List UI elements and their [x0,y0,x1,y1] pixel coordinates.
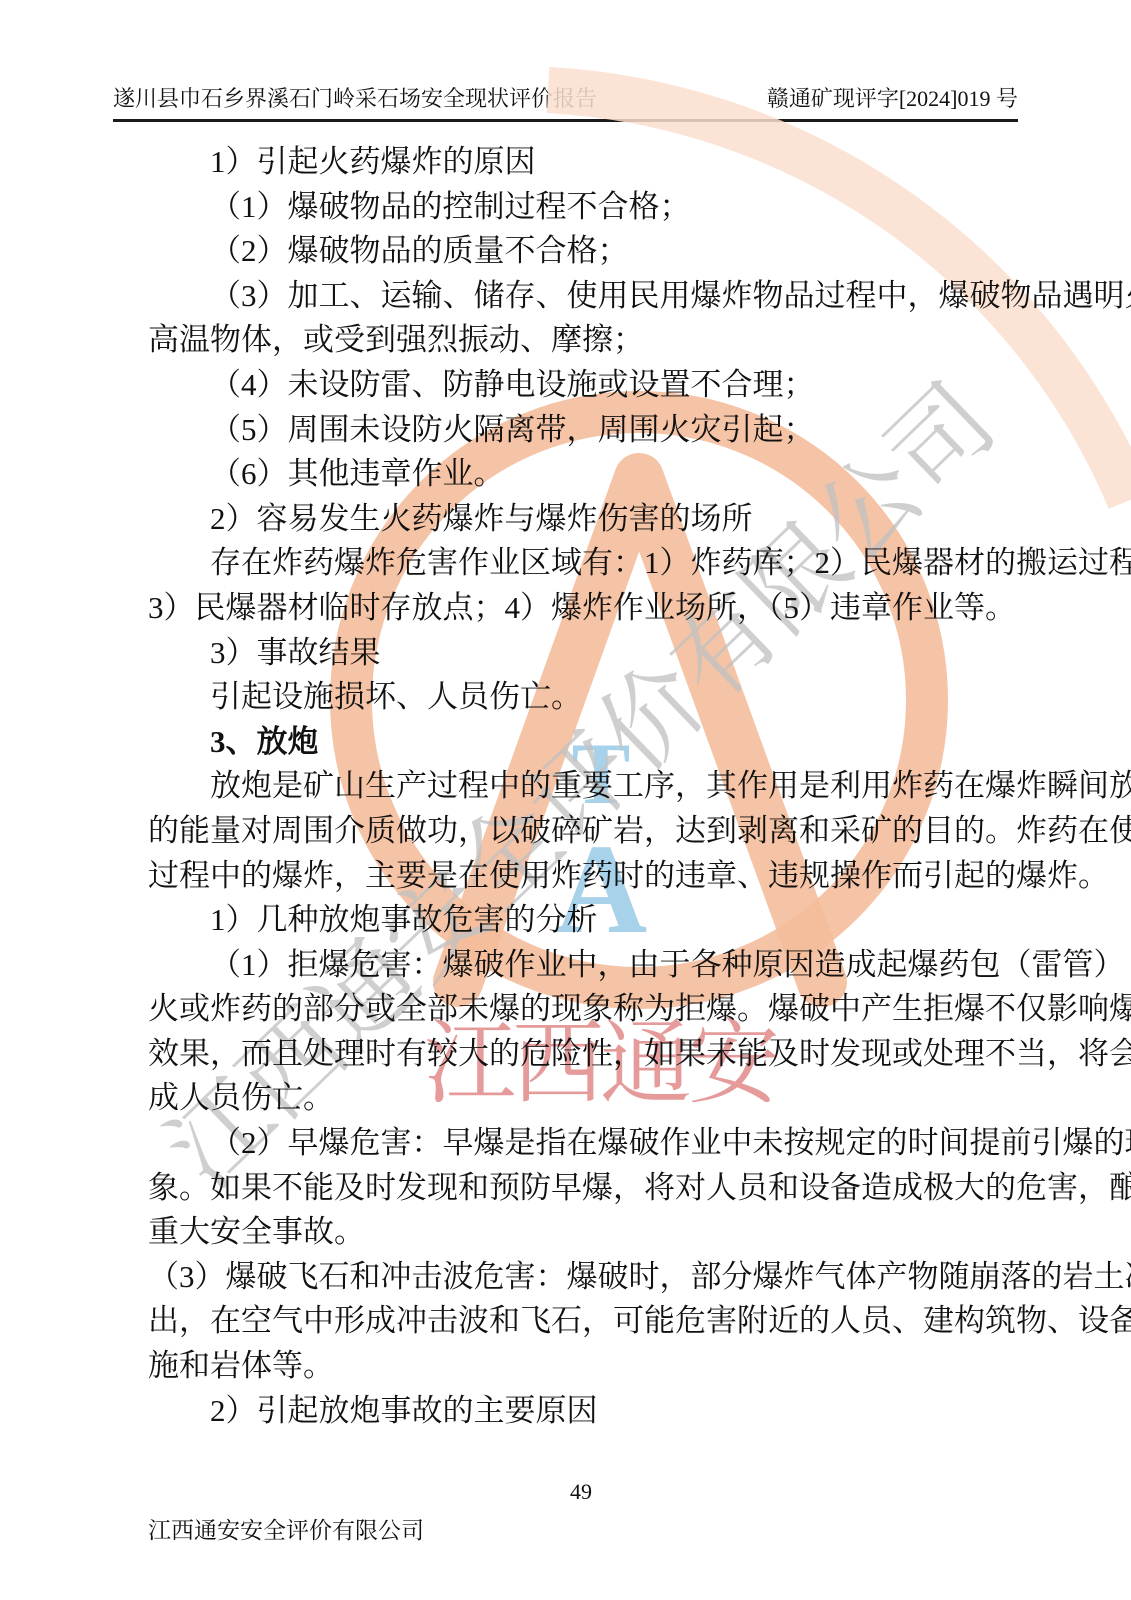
body-line: 过程中的爆炸，主要是在使用炸药时的违章、违规操作而引起的爆炸。 [148,854,1016,899]
page-number: 49 [148,1479,1014,1505]
body-line: 火或炸药的部分或全部未爆的现象称为拒爆。爆破中产生拒爆不仅影响爆破 [148,987,1016,1032]
body-line: （3）加工、运输、储存、使用民用爆炸物品过程中，爆破物品遇明火、 [148,274,1016,319]
body-line: 重大安全事故。 [148,1210,1016,1255]
body-line: （3）爆破飞石和冲击波危害：爆破时，部分爆炸气体产物随崩落的岩土冲 [148,1255,1016,1300]
body-line: 2）容易发生火药爆炸与爆炸伤害的场所 [148,497,1016,542]
body-line: 2）引起放炮事故的主要原因 [148,1389,1016,1434]
body-line: 1）几种放炮事故危害的分析 [148,898,1016,943]
body-line: 3）民爆器材临时存放点；4）爆炸作业场所，（5）违章作业等。 [148,586,1016,631]
body-line: 象。如果不能及时发现和预防早爆，将对人员和设备造成极大的危害，酿成 [148,1166,1016,1211]
body-line: （1）爆破物品的控制过程不合格； [148,185,1016,230]
body-line: 1）引起火药爆炸的原因 [148,140,1016,185]
body-line: 3、放炮 [148,720,1016,765]
body-line: 出，在空气中形成冲击波和飞石，可能危害附近的人员、建构筑物、设备设 [148,1299,1016,1344]
body-line: 效果，而且处理时有较大的危险性，如果未能及时发现或处理不当，将会造 [148,1032,1016,1077]
body-line: （4）未设防雷、防静电设施或设置不合理； [148,363,1016,408]
footer-company-name: 江西通安安全评价有限公司 [148,1512,424,1545]
body-line: 3）事故结果 [148,631,1016,676]
body-line: （6）其他违章作业。 [148,452,1016,497]
body-line: （2）早爆危害：早爆是指在爆破作业中未按规定的时间提前引爆的现 [148,1121,1016,1166]
body-line: 引起设施损坏、人员伤亡。 [148,675,1016,720]
body-line: （1）拒爆危害：爆破作业中，由于各种原因造成起爆药包（雷管） 瞎 [148,943,1016,988]
body-line: 成人员伤亡。 [148,1076,1016,1121]
body-line: （2）爆破物品的质量不合格； [148,229,1016,274]
body-line: 施和岩体等。 [148,1344,1016,1389]
body-line: 高温物体，或受到强烈振动、摩擦； [148,318,1016,363]
body-text: 1）引起火药爆炸的原因（1）爆破物品的控制过程不合格；（2）爆破物品的质量不合格… [148,140,1016,1433]
body-line: 的能量对周围介质做功，以破碎矿岩，达到剥离和采矿的目的。炸药在使用 [148,809,1016,854]
body-line: （5）周围未设防火隔离带，周围火灾引起； [148,408,1016,453]
body-line: 放炮是矿山生产过程中的重要工序，其作用是利用炸药在爆炸瞬间放出 [148,764,1016,809]
document-page: T A 江西通安全评价有限公司 江西通安 遂川县巾石乡界溪石门岭采石场安全现状评… [0,0,1131,1600]
body-line: 存在炸药爆炸危害作业区域有：1）炸药库；2）民爆器材的搬运过程； [148,541,1016,586]
